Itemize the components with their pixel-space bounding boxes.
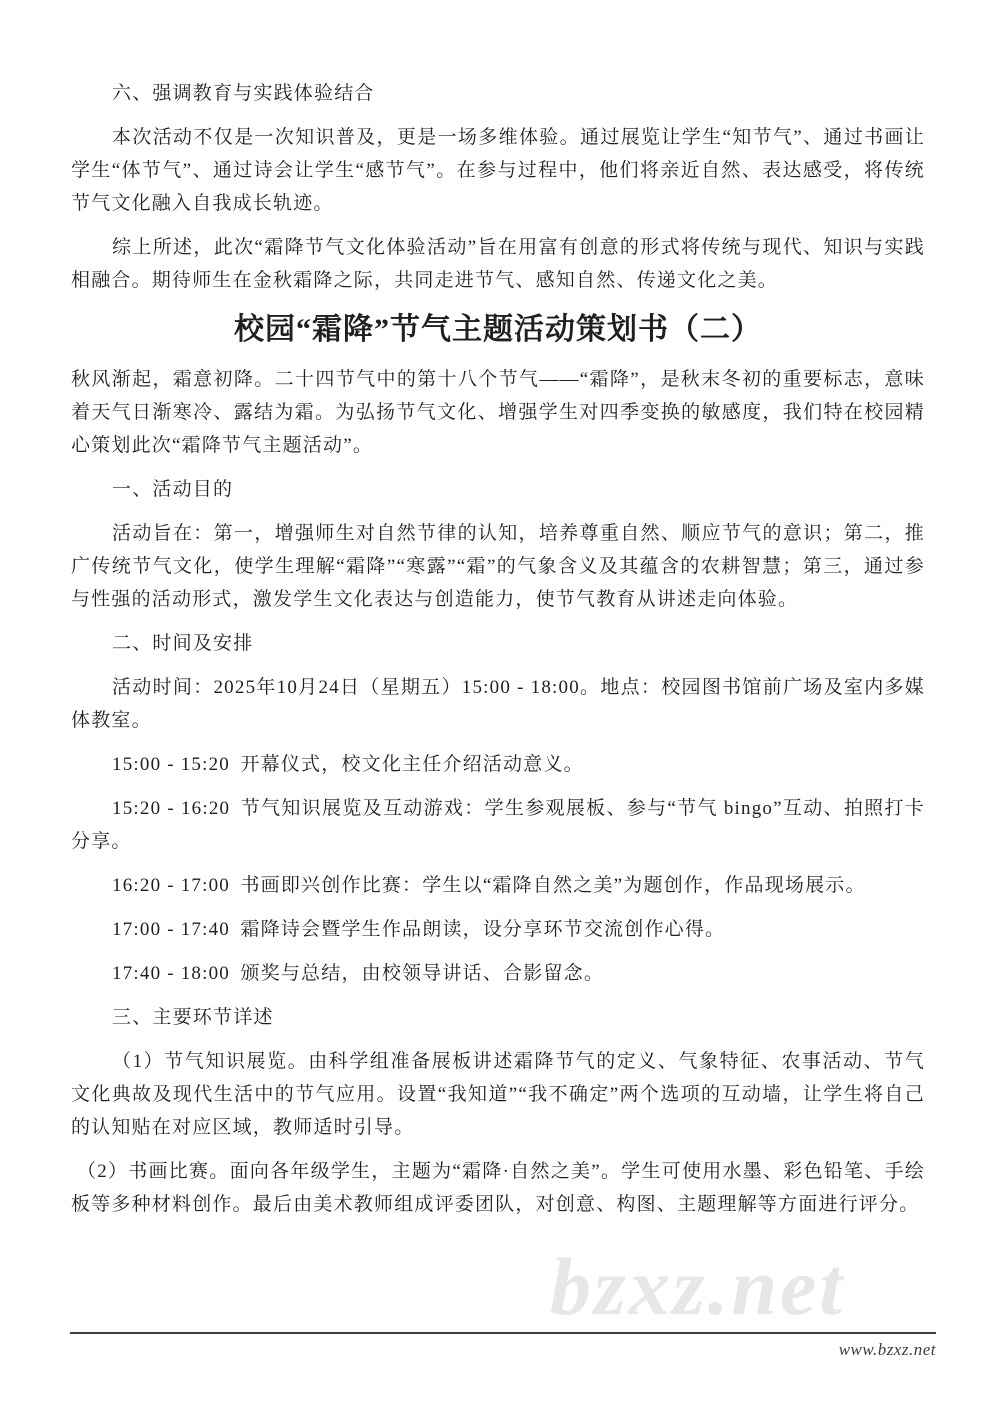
schedule-time: 15:20 - 16:20 bbox=[112, 798, 230, 819]
schedule-time: 17:40 - 18:00 bbox=[112, 963, 230, 984]
section-heading-one: 一、活动目的 bbox=[71, 473, 925, 506]
schedule-item-exhibition: 15:20 - 16:20节气知识展览及互动游戏：学生参观展板、参与“节气 bi… bbox=[71, 792, 925, 858]
footer-divider bbox=[70, 1332, 936, 1334]
paragraph-multi-experience: 本次活动不仅是一次知识普及，更是一场多维体验。通过展览让学生“知节气”、通过书画… bbox=[71, 121, 925, 220]
schedule-item-opening: 15:00 - 15:20开幕仪式，校文化主任介绍活动意义。 bbox=[71, 748, 925, 781]
document-title: 校园“霜降”节气主题活动策划书（二） bbox=[71, 308, 925, 352]
paragraph-intro: 秋风渐起，霜意初降。二十四节气中的第十八个节气——“霜降”，是秋末冬初的重要标志… bbox=[71, 363, 925, 462]
schedule-item-art-contest: 16:20 - 17:00书画即兴创作比赛：学生以“霜降自然之美”为题创作，作品… bbox=[71, 869, 925, 902]
section-heading-six: 六、强调教育与实践体验结合 bbox=[71, 77, 925, 110]
footer-site-url: www.bzxz.net bbox=[839, 1340, 936, 1360]
watermark-text: bzxz.net bbox=[550, 1240, 845, 1334]
paragraph-contest-detail: （2）书画比赛。面向各年级学生，主题为“霜降·自然之美”。学生可使用水墨、彩色铅… bbox=[71, 1155, 925, 1221]
schedule-item-awards: 17:40 - 18:00颁奖与总结，由校领导讲话、合影留念。 bbox=[71, 957, 925, 990]
schedule-desc: 颁奖与总结，由校领导讲话、合影留念。 bbox=[240, 963, 604, 984]
section-heading-three: 三、主要环节详述 bbox=[71, 1001, 925, 1034]
schedule-time: 16:20 - 17:00 bbox=[112, 875, 230, 896]
schedule-desc: 书画即兴创作比赛：学生以“霜降自然之美”为题创作，作品现场展示。 bbox=[240, 875, 865, 896]
paragraph-exhibit-detail: （1）节气知识展览。由科学组准备展板讲述霜降节气的定义、气象特征、农事活动、节气… bbox=[71, 1045, 925, 1144]
document-content: 六、强调教育与实践体验结合 本次活动不仅是一次知识普及，更是一场多维体验。通过展… bbox=[0, 0, 993, 1221]
schedule-time: 15:00 - 15:20 bbox=[112, 754, 230, 775]
section-heading-two: 二、时间及安排 bbox=[71, 627, 925, 660]
schedule-time: 17:00 - 17:40 bbox=[112, 919, 230, 940]
schedule-item-poetry: 17:00 - 17:40霜降诗会暨学生作品朗读，设分享环节交流创作心得。 bbox=[71, 913, 925, 946]
schedule-desc: 开幕仪式，校文化主任介绍活动意义。 bbox=[240, 754, 583, 775]
paragraph-goals: 活动旨在：第一，增强师生对自然节律的认知，培养尊重自然、顺应节气的意识；第二，推… bbox=[71, 517, 925, 616]
document-page: bzxz.net 六、强调教育与实践体验结合 本次活动不仅是一次知识普及，更是一… bbox=[0, 0, 993, 1404]
paragraph-summary: 综上所述，此次“霜降节气文化体验活动”旨在用富有创意的形式将传统与现代、知识与实… bbox=[71, 231, 925, 297]
schedule-desc: 霜降诗会暨学生作品朗读，设分享环节交流创作心得。 bbox=[240, 919, 725, 940]
paragraph-time-location: 活动时间：2025年10月24日（星期五）15:00 - 18:00。地点：校园… bbox=[71, 671, 925, 737]
